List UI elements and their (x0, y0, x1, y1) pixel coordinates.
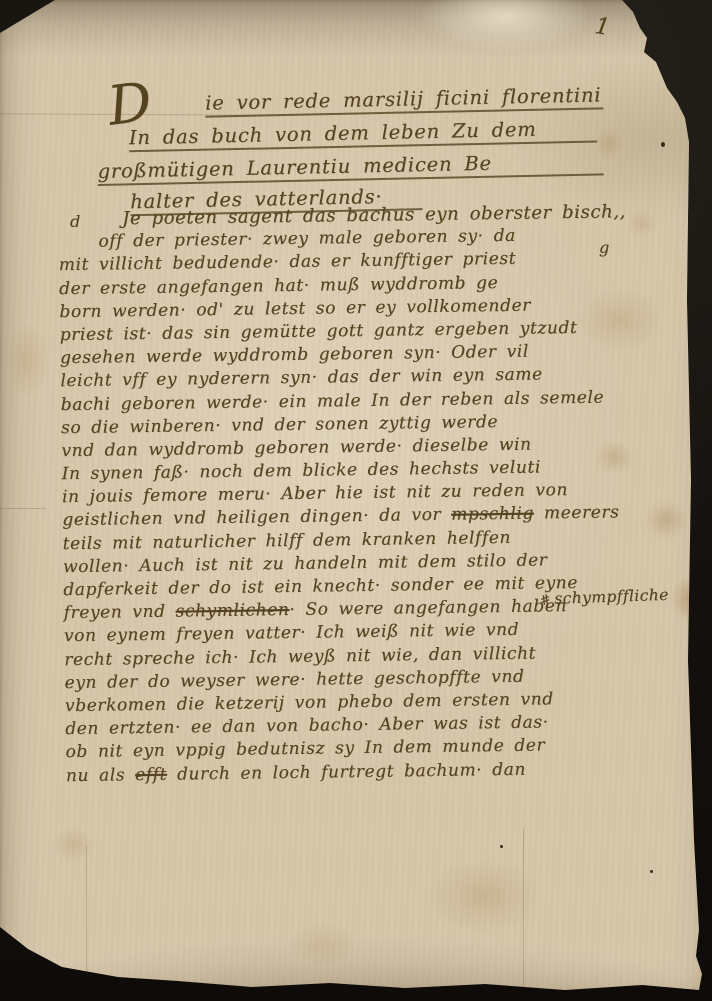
paper-crease (86, 845, 87, 1001)
text-segment: meerers (534, 503, 620, 524)
text-segment: durch en loch furtregt bachum· dan (167, 759, 526, 784)
preface-heading: D ie vor rede marsilij ficini florentini… (0, 81, 712, 96)
manuscript-page: 1 D ie vor rede marsilij ficini florenti… (0, 0, 712, 1001)
paper-crease (523, 828, 524, 1001)
paper-stain (424, 858, 544, 934)
folio-number: 1 (593, 13, 612, 41)
paper-stain (420, 0, 590, 52)
interlinear-insertion: g (599, 238, 609, 257)
ink-speck (661, 142, 665, 147)
insertion-mark-icon: # (538, 592, 554, 610)
body-text: Je poeten sagent das bachus eyn oberster… (0, 200, 712, 790)
text-segment: nu als (66, 765, 135, 786)
ink-speck (650, 870, 653, 873)
heading-line: In das buch von dem leben Zu dem (129, 117, 597, 153)
paper-stain (52, 828, 94, 862)
heading-line: ie vor rede marsilij ficini florentini (205, 83, 603, 117)
struck-word: efft (135, 764, 167, 784)
manuscript-scan: 1 D ie vor rede marsilij ficini florenti… (0, 0, 712, 1001)
text-segment: · So were angefangen haben (289, 596, 567, 620)
text-segment: freyen vnd (63, 602, 175, 624)
text-segment: geistlichen vnd heiligen dingen· da vor (62, 505, 451, 530)
heading-line: großmütigen Laurentiu medicen Be (97, 149, 603, 186)
struck-word: schymlichen (175, 600, 289, 622)
struck-word: mpschlig (451, 504, 534, 525)
ink-speck (500, 845, 503, 848)
paper-stain (288, 922, 358, 966)
